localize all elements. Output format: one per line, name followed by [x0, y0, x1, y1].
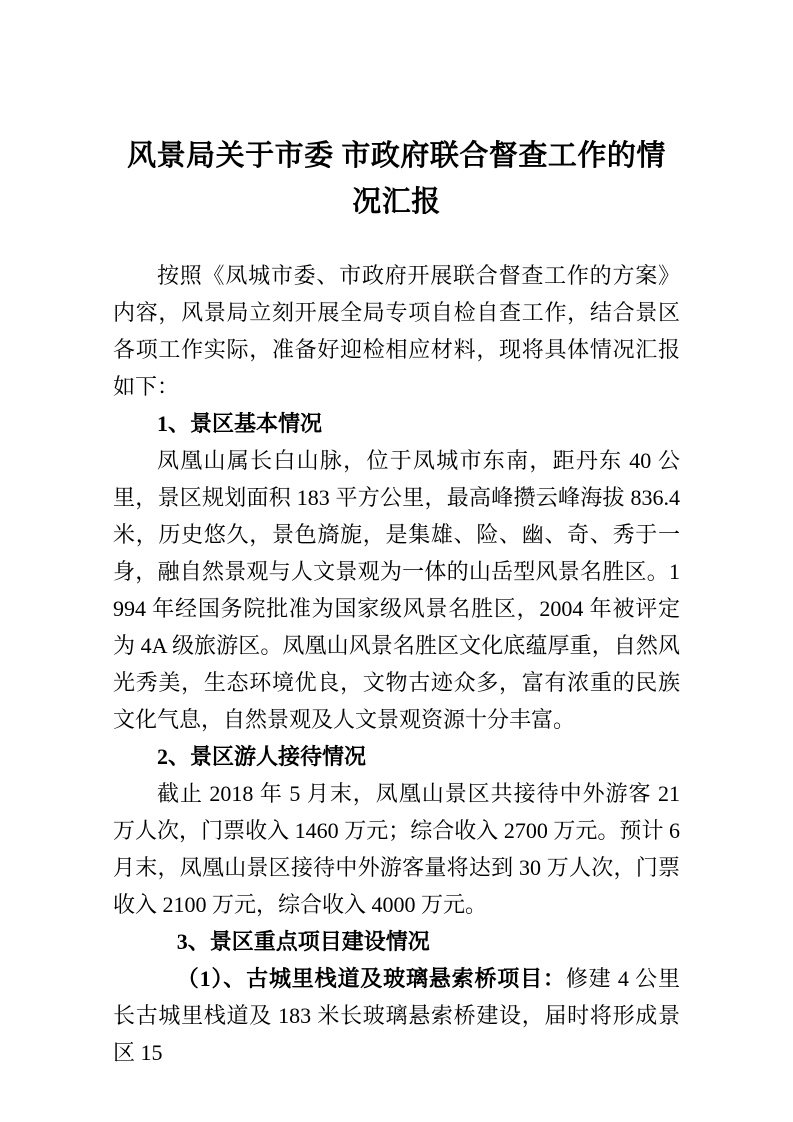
paragraph-lead-bold: （1）、古城里栈道及玻璃悬索桥项目： [177, 966, 566, 991]
body-paragraph: （1）、古城里栈道及玻璃悬索桥项目：修建 4 公里长古城里栈道及 183 米长玻… [113, 960, 680, 1071]
section-heading: 1、景区基本情况 [113, 405, 680, 442]
body-paragraph: 凤凰山属长白山脉，位于凤城市东南，距丹东 40 公里，景区规划面积 183 平方… [113, 442, 680, 738]
body-paragraph: 截止 2018 年 5 月末，凤凰山景区共接待中外游客 21 万人次，门票收入 … [113, 775, 680, 923]
title-line-1: 风景局关于市委 市政府联合督查工作的情 [113, 133, 680, 179]
section-heading: 2、景区游人接待情况 [113, 738, 680, 775]
title-line-2: 况汇报 [113, 179, 680, 225]
section-heading: 3、景区重点项目建设情况 [113, 923, 680, 960]
document-body: 按照《凤城市委、市政府开展联合督查工作的方案》内容，风景局立刻开展全局专项自检自… [113, 257, 680, 1071]
document-page: 风景局关于市委 市政府联合督查工作的情 况汇报 按照《凤城市委、市政府开展联合督… [0, 0, 793, 1122]
body-paragraph: 按照《凤城市委、市政府开展联合督查工作的方案》内容，风景局立刻开展全局专项自检自… [113, 257, 680, 405]
document-title: 风景局关于市委 市政府联合督查工作的情 况汇报 [113, 133, 680, 225]
